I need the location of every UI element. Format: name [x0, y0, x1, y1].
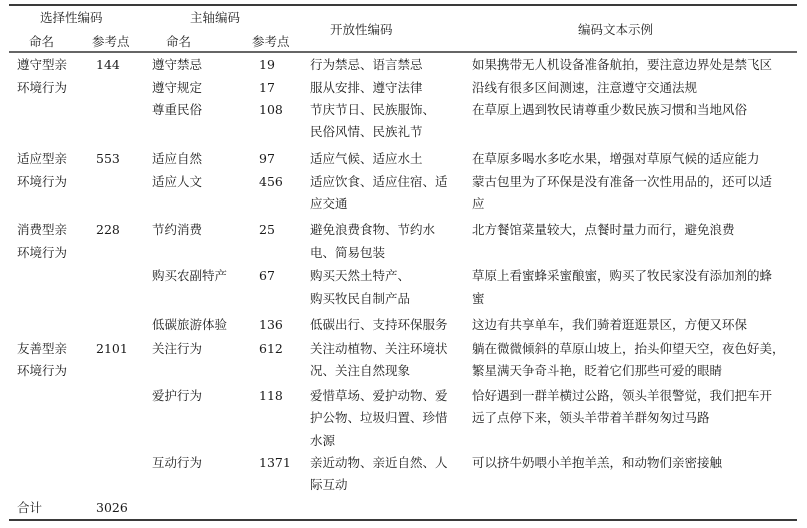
- row-refs: 67: [259, 268, 275, 284]
- row-name: 购买农副特产: [152, 268, 227, 284]
- row-refs: 19: [259, 57, 275, 73]
- row-open: 民俗风情、民族礼节: [310, 124, 423, 140]
- row-open: 适应气候、适应水土: [310, 151, 423, 167]
- header-open-coding: 开放性编码: [330, 22, 393, 38]
- row-name: 节约消费: [152, 222, 202, 238]
- group-name-line1: 消费型亲: [17, 222, 67, 238]
- group-refs: 144: [96, 57, 120, 73]
- row-example: 可以挤牛奶喂小羊抱羊羔，和动物们亲密接触: [472, 455, 722, 471]
- header-text-example: 编码文本示例: [578, 22, 653, 38]
- row-open: 行为禁忌、语言禁忌: [310, 57, 423, 73]
- row-open: 应交通: [310, 196, 348, 212]
- header-rule: [9, 51, 797, 53]
- row-open: 购买牧民自制产品: [310, 291, 410, 307]
- row-open: 水源: [310, 433, 335, 449]
- header-refs-axial: 参考点: [252, 34, 290, 50]
- row-open: 况、关注自然现象: [310, 363, 410, 379]
- header-axial-coding: 主轴编码: [190, 10, 240, 26]
- row-refs: 1371: [259, 455, 291, 471]
- row-refs: 108: [259, 102, 283, 118]
- row-open: 电、简易包装: [310, 245, 385, 261]
- row-example: 北方餐馆菜量较大，点餐时量力而行，避免浪费: [472, 222, 735, 238]
- row-example: 这边有共享单车，我们骑着逛逛景区，方便又环保: [472, 317, 747, 333]
- row-open: 购买天然土特产、: [310, 268, 410, 284]
- row-example: 繁星满天争奇斗艳，眨着它们那些可爱的眼睛: [472, 363, 722, 379]
- row-open: 节庆节日、民族服饰、: [310, 102, 435, 118]
- row-name: 适应人文: [152, 174, 202, 190]
- total-label: 合计: [17, 500, 42, 516]
- group-name-line1: 适应型亲: [17, 151, 67, 167]
- row-open: 适应饮食、适应住宿、适: [310, 174, 448, 190]
- row-refs: 456: [259, 174, 283, 190]
- top-rule: [9, 4, 797, 6]
- group-name-line2: 环境行为: [17, 245, 67, 261]
- row-refs: 97: [259, 151, 275, 167]
- row-example: 沿线有很多区间测速，注意遵守交通法规: [472, 80, 697, 96]
- row-example: 远了点停下来，领头羊带着羊群匆匆过马路: [472, 410, 710, 426]
- row-open: 避免浪费食物、节约水: [310, 222, 435, 238]
- row-open: 亲近动物、亲近自然、人: [310, 455, 448, 471]
- group-name-line2: 环境行为: [17, 363, 67, 379]
- header-name-selective: 命名: [29, 34, 54, 50]
- row-open: 关注动植物、关注环境状: [310, 341, 448, 357]
- row-name: 遵守禁忌: [152, 57, 202, 73]
- row-example: 恰好遇到一群羊横过公路，领头羊很警觉，我们把车开: [472, 388, 772, 404]
- group-refs: 553: [96, 151, 120, 167]
- row-example: 如果携带无人机设备准备航拍，要注意边界处是禁飞区: [472, 57, 772, 73]
- header-selective-coding: 选择性编码: [40, 10, 103, 26]
- total-value: 3026: [96, 500, 128, 516]
- row-example: 草原上看蜜蜂采蜜酿蜜，购买了牧民家没有添加剂的蜂: [472, 268, 772, 284]
- row-open: 际互动: [310, 477, 348, 493]
- header-name-axial: 命名: [166, 34, 191, 50]
- group-refs: 2101: [96, 341, 128, 357]
- header-refs-selective: 参考点: [92, 34, 130, 50]
- row-refs: 25: [259, 222, 275, 238]
- group-name-line2: 环境行为: [17, 80, 67, 96]
- group-name-line1: 友善型亲: [17, 341, 67, 357]
- row-open: 爱惜草场、爱护动物、爱: [310, 388, 448, 404]
- row-example: 在草原多喝水多吃水果，增强对草原气候的适应能力: [472, 151, 760, 167]
- row-refs: 118: [259, 388, 283, 404]
- row-name: 爱护行为: [152, 388, 202, 404]
- row-open: 服从安排、遵守法律: [310, 80, 423, 96]
- row-name: 关注行为: [152, 341, 202, 357]
- row-refs: 17: [259, 80, 275, 96]
- row-example: 在草原上遇到牧民请尊重少数民族习惯和当地风俗: [472, 102, 747, 118]
- row-open: 低碳出行、支持环保服务: [310, 317, 448, 333]
- row-open: 护公物、垃圾归置、珍惜: [310, 410, 448, 426]
- row-example: 躺在微微倾斜的草原山坡上，抬头仰望天空，夜色好美，: [472, 341, 785, 357]
- row-refs: 612: [259, 341, 283, 357]
- bottom-rule: [9, 519, 797, 521]
- row-name: 尊重民俗: [152, 102, 202, 118]
- group-name-line2: 环境行为: [17, 174, 67, 190]
- row-example: 蒙古包里为了环保是没有准备一次性用品的，还可以适: [472, 174, 772, 190]
- row-name: 低碳旅游体验: [152, 317, 227, 333]
- row-name: 互动行为: [152, 455, 202, 471]
- row-example: 蜜: [472, 291, 485, 307]
- group-name-line1: 遵守型亲: [17, 57, 67, 73]
- row-name: 遵守规定: [152, 80, 202, 96]
- row-name: 适应自然: [152, 151, 202, 167]
- group-refs: 228: [96, 222, 120, 238]
- row-example: 应: [472, 196, 485, 212]
- row-refs: 136: [259, 317, 283, 333]
